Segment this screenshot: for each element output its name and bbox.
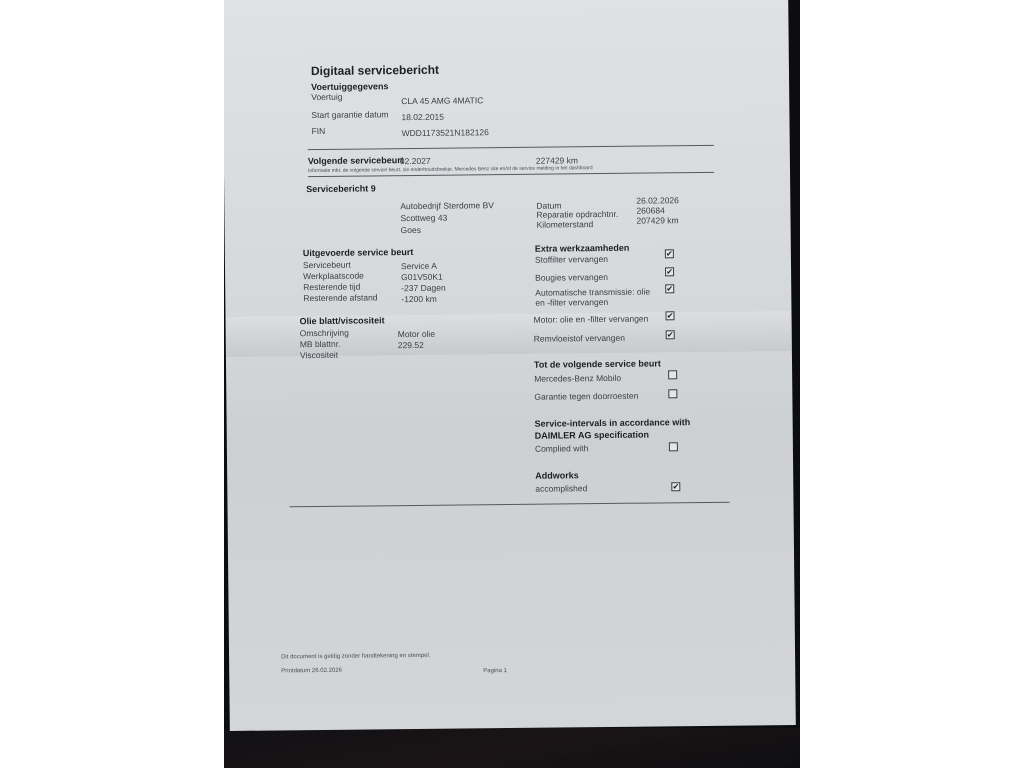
checkbox[interactable] [666, 330, 675, 339]
repair-order-value: 260684 [636, 205, 664, 215]
next-service-date: 02.2027 [400, 156, 431, 166]
vehicle-label: Voertuig [311, 92, 342, 102]
print-date: Printdatum 26.02.2026 [281, 668, 342, 675]
checkbox[interactable] [665, 311, 674, 320]
dealer-city: Goes [401, 225, 421, 235]
checkbox[interactable] [665, 284, 674, 293]
addworks-item: accomplished [535, 483, 587, 494]
fin-label: FIN [312, 126, 326, 136]
intervals-heading: Service-intervals in accordance with [535, 417, 691, 429]
performed-label: Servicebeurt [303, 260, 351, 270]
performed-heading: Uitgevoerde service beurt [303, 247, 414, 258]
car-seat [224, 728, 800, 768]
extra-work-item: Remvloeistof vervangen [534, 333, 625, 344]
oil-heading: Olie blatt/viscositeit [300, 315, 385, 326]
oil-label: Omschrijving [300, 328, 349, 339]
oil-value: 229.52 [398, 340, 424, 350]
intervals-heading-2: DAIMLER AG specification [535, 430, 649, 441]
warranty-start-label: Start garantie datum [311, 109, 388, 120]
mileage-label: Kilometerstand [537, 219, 594, 230]
extra-work-item-continued: en -filter vervangen [535, 297, 608, 308]
warranty-start-value: 18.02.2015 [401, 112, 444, 122]
until-next-item: Garantie tegen doorroesten [534, 391, 638, 402]
performed-value: G01V50K1 [401, 272, 443, 282]
vehicle-heading: Voertuiggegevens [311, 81, 388, 92]
dealer-name: Autobedrijf Sterdome BV [400, 200, 494, 211]
document-title: Digitaal servicebericht [311, 63, 439, 78]
repair-order-label: Reparatie opdrachtnr. [536, 209, 618, 220]
mileage-value: 207429 km [636, 215, 678, 225]
divider [308, 145, 714, 150]
until-next-heading: Tot de volgende service beurt [534, 358, 661, 369]
next-service-label: Volgende servicebeurt [308, 155, 404, 166]
checkbox[interactable] [665, 267, 674, 276]
checkbox[interactable] [668, 389, 677, 398]
fin-value: WDD1173521N182126 [402, 127, 489, 138]
checkbox[interactable] [665, 249, 674, 258]
oil-label: MB blattnr. [300, 339, 341, 349]
performed-value: Service A [401, 261, 437, 271]
performed-value: -1200 km [401, 294, 437, 304]
extra-work-item: Bougies vervangen [535, 272, 608, 283]
vehicle-value: CLA 45 AMG 4MATIC [401, 95, 483, 106]
date-value: 26.02.2026 [636, 195, 679, 205]
service-report-heading: Servicebericht 9 [306, 183, 376, 194]
performed-label: Werkplaatscode [303, 271, 364, 282]
intervals-item: Complied with [535, 443, 588, 454]
until-next-item: Mercedes-Benz Mobilo [534, 373, 621, 384]
extra-work-item: Stoffilter vervangen [535, 254, 608, 265]
performed-label: Resterende tijd [303, 282, 360, 293]
divider [289, 502, 729, 508]
validity-note: Dit document is geldig zonder handtekeni… [281, 653, 430, 661]
oil-label: Viscositeit [300, 350, 338, 360]
performed-label: Resterende afstand [303, 292, 377, 303]
page-number: Pagina 1 [483, 668, 507, 674]
performed-value: -237 Dagen [401, 283, 446, 293]
checkbox[interactable] [669, 442, 678, 451]
dealer-street: Scottweg 43 [400, 213, 447, 223]
checkbox[interactable] [671, 482, 680, 491]
oil-value: Motor olie [398, 329, 435, 339]
extra-work-item: Motor: olie en -filter vervangen [534, 314, 649, 325]
service-document: Digitaal servicebericht Voertuiggegevens… [224, 0, 796, 731]
next-service-km: 227429 km [536, 155, 578, 165]
photo-background: Digitaal servicebericht Voertuiggegevens… [224, 0, 800, 768]
extra-work-item: Automatische transmissie: olie [535, 287, 650, 298]
extra-work-heading: Extra werkzaamheden [535, 243, 630, 254]
addworks-heading: Addworks [535, 470, 579, 480]
checkbox[interactable] [668, 370, 677, 379]
